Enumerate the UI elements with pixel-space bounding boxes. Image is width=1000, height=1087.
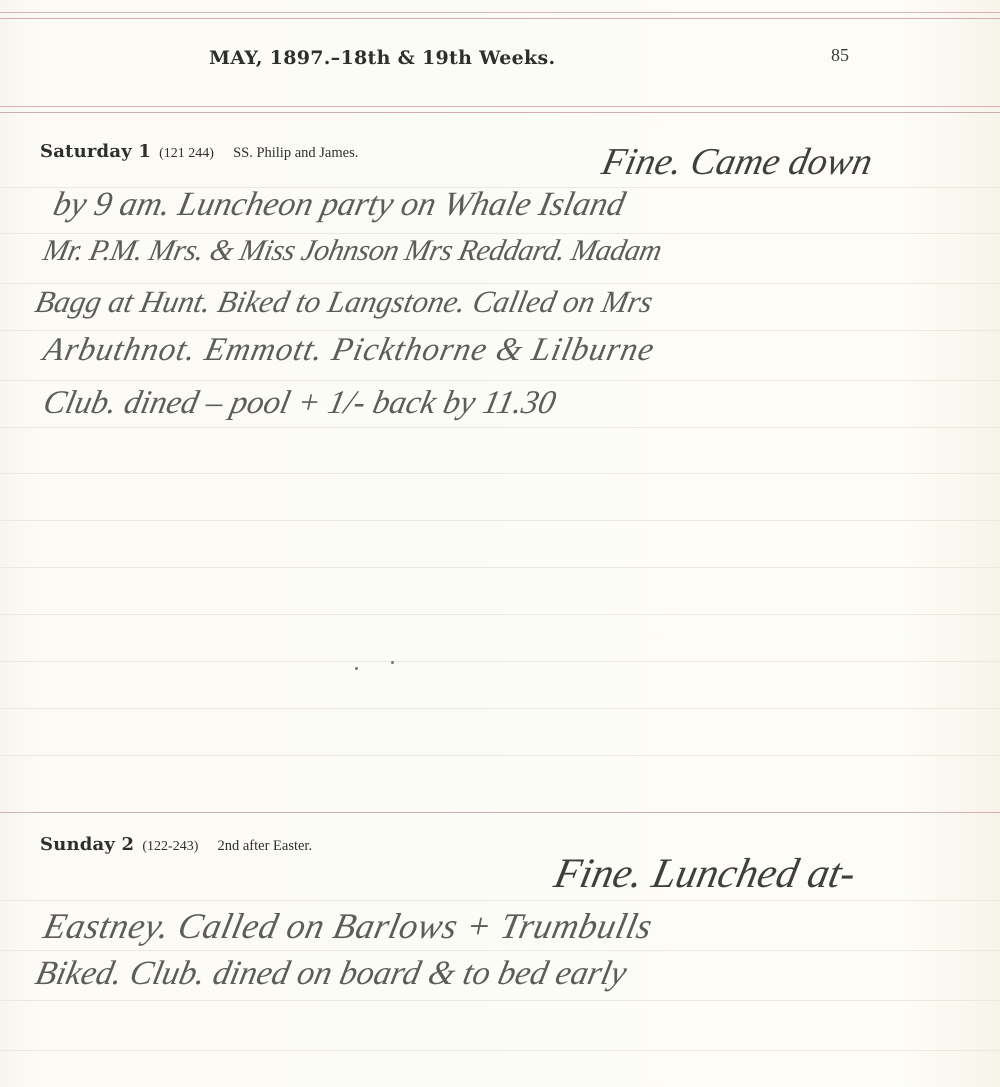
ruled-line bbox=[0, 1050, 1000, 1051]
ruled-line bbox=[0, 950, 1000, 951]
feast-day: SS. Philip and James. bbox=[233, 145, 358, 161]
handwritten-line: Biked. Club. dined on board & to bed ear… bbox=[32, 955, 630, 993]
page-title: MAY, 1897.–18th & 19th Weeks. bbox=[209, 47, 555, 69]
ruled-line bbox=[0, 614, 1000, 615]
ruled-line bbox=[0, 427, 1000, 428]
page-number: 85 bbox=[831, 45, 849, 66]
page-header: MAY, 1897.–18th & 19th Weeks. 85 bbox=[0, 43, 1000, 83]
diary-page: MAY, 1897.–18th & 19th Weeks. 85 Saturda… bbox=[0, 0, 1000, 1087]
header-rule bbox=[0, 106, 1000, 113]
ruled-line bbox=[0, 473, 1000, 474]
handwritten-line: Eastney. Called on Barlows + Trumbulls bbox=[40, 905, 656, 947]
ruled-line bbox=[0, 755, 1000, 756]
ink-speck bbox=[355, 667, 358, 670]
day-codes: (121 244) bbox=[159, 146, 214, 161]
handwritten-line: by 9 am. Luncheon party on Whale Island bbox=[50, 186, 628, 224]
ruled-line bbox=[0, 900, 1000, 901]
day-codes: (122-243) bbox=[142, 839, 198, 854]
day-name: Sunday 2 bbox=[40, 834, 134, 855]
ruled-line bbox=[0, 1000, 1000, 1001]
ruled-line bbox=[0, 330, 1000, 331]
ruled-line bbox=[0, 661, 1000, 662]
ruled-line bbox=[0, 567, 1000, 568]
handwritten-line: Bagg at Hunt. Biked to Langstone. Called… bbox=[32, 284, 656, 320]
top-rule bbox=[0, 12, 1000, 19]
handwritten-line: Mr. P.M. Mrs. & Miss Johnson Mrs Reddard… bbox=[40, 234, 665, 268]
day-divider bbox=[0, 812, 1000, 813]
ruled-line bbox=[0, 708, 1000, 709]
day-name: Saturday 1 bbox=[40, 141, 151, 162]
ruled-line bbox=[0, 380, 1000, 381]
handwritten-line: Fine. Came down bbox=[598, 140, 876, 184]
ink-speck bbox=[391, 661, 394, 664]
handwritten-line: Club. dined – pool + 1/- back by 11.30 bbox=[40, 385, 559, 422]
ruled-line bbox=[0, 520, 1000, 521]
entry-saturday-heading: Saturday 1 (121 244) SS. Philip and Jame… bbox=[40, 141, 358, 162]
feast-day: 2nd after Easter. bbox=[217, 838, 312, 854]
handwritten-line: Fine. Lunched at- bbox=[550, 850, 860, 898]
handwritten-line: Arbuthnot. Emmott. Pickthorne & Lilburne bbox=[40, 332, 658, 369]
entry-sunday-heading: Sunday 2 (122-243) 2nd after Easter. bbox=[40, 834, 312, 855]
